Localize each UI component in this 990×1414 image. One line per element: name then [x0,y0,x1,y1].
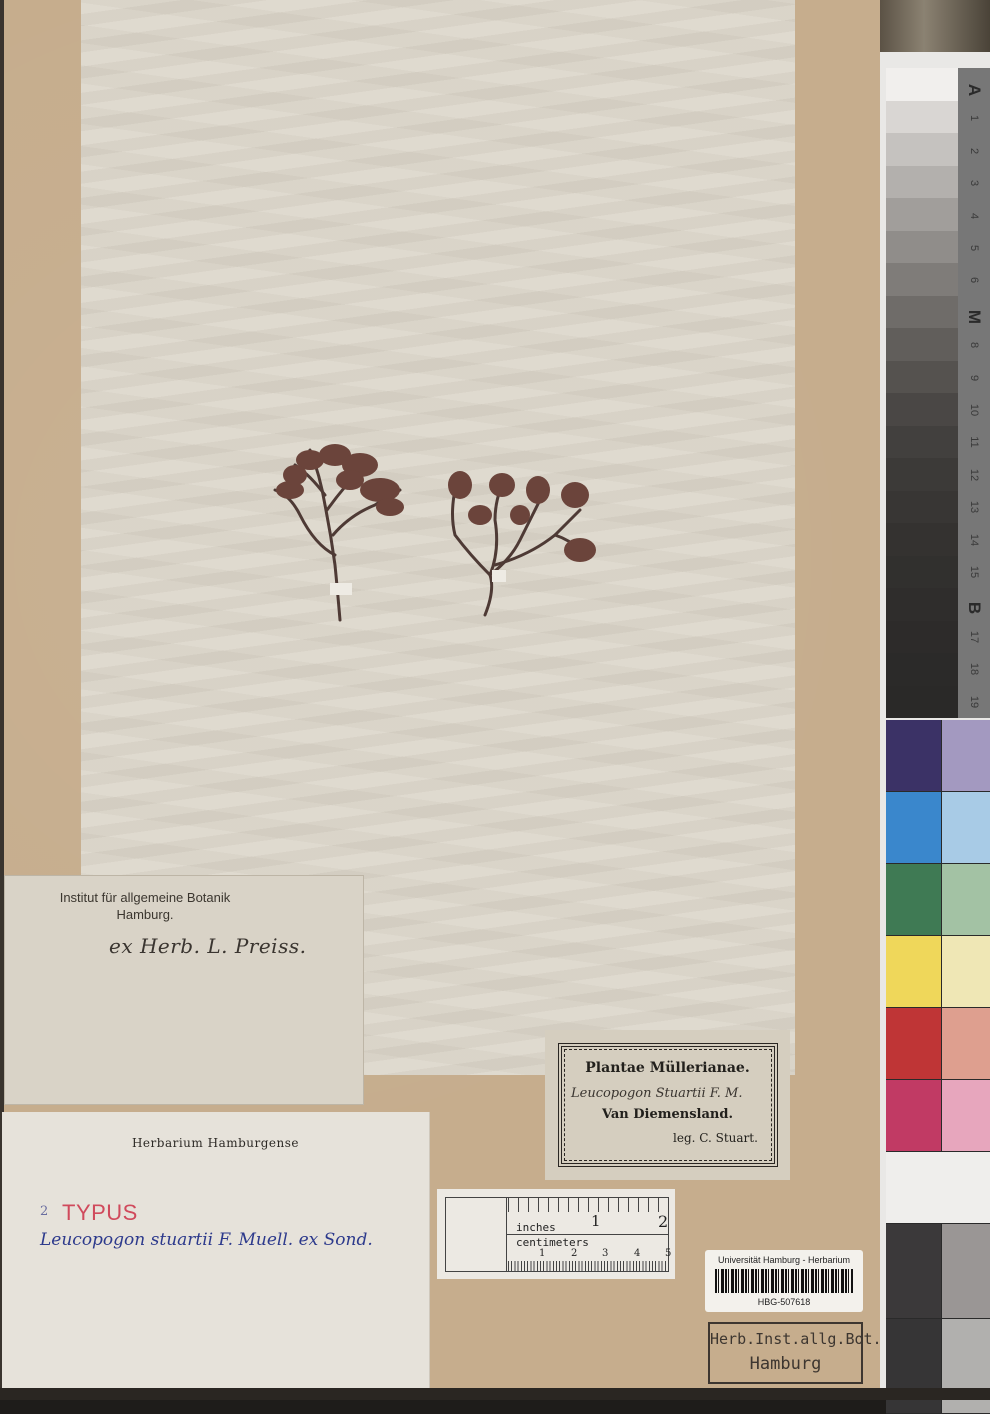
gray-step [886,68,958,101]
gray-scale-label: 8 [968,329,980,361]
inch-mark-1: 1 [591,1212,601,1230]
plant-specimen-right [440,460,600,625]
gray-scale-label: 19 [968,686,980,718]
herbarium-sheet: Institut für allgemeine Botanik Hamburg.… [0,0,990,1400]
gray-step [886,263,958,296]
label-heading: Plantae Müllerianae. [545,1060,790,1076]
gray-scale-label: 2 [968,135,980,167]
swatch-row-dark-gray [886,1224,990,1319]
cm-mark-5: 5 [665,1248,671,1259]
gray-scale-label: 17 [968,621,980,653]
gray-step [886,328,958,361]
cm-mark-4: 4 [634,1248,640,1259]
inch-mark-2: 2 [658,1212,668,1231]
swatch-row-blue [886,792,990,864]
gray-step [886,361,958,394]
gray-step [886,621,958,654]
mounting-strip [330,583,352,595]
swatch-row-red [886,1008,990,1080]
swatch-row-magenta [886,1080,990,1152]
barcode-icon [715,1269,853,1293]
gray-step [886,491,958,524]
inches-label: inches [516,1221,556,1234]
swatch-row-yellow [886,936,990,1008]
institute-city: Hamburg. [45,907,245,922]
gray-scale-label: 15 [968,556,980,588]
ruler-blank-area [446,1198,507,1271]
inch-ticks [508,1198,668,1212]
catalog-number: HBG-507618 [705,1297,863,1307]
barcode-institution: Universität Hamburg - Herbarium [705,1255,863,1265]
gray-step [886,101,958,134]
cm-mark-3: 3 [602,1248,608,1259]
type-number: 2 [40,1204,48,1219]
gray-scale-label: 5 [968,232,980,264]
swatch-row-white [886,1152,990,1224]
gray-step [886,296,958,329]
gray-scale-labels: A123456M89101112131415B171819 [958,68,990,718]
institute-label: Institut für allgemeine Botanik Hamburg.… [4,875,364,1105]
color-swatches [886,720,990,1400]
gray-scale-label: 1 [968,102,980,134]
gray-step [886,133,958,166]
cm-mark-1: 1 [539,1248,545,1259]
gray-scale-wedge [886,68,958,718]
plant-specimen-left [265,435,415,625]
gray-scale-label: 14 [968,524,980,556]
gray-step [886,231,958,264]
ruler-divider [507,1234,669,1235]
cm-mark-2: 2 [571,1248,577,1259]
gray-step [886,588,958,621]
gray-scale-label: 11 [968,426,980,458]
determination: Leucopogon stuartii F. Muell. ex Sond. [40,1230,373,1250]
gray-step [886,686,958,719]
swatch-row-green [886,864,990,936]
gray-step [886,556,958,589]
centimeters-label: centimeters [516,1236,589,1249]
gray-scale-label: B [964,592,984,624]
stamp-line-1: Herb.Inst.allg.Bot. [710,1330,861,1348]
cm-ticks [508,1261,668,1271]
collector: leg. C. Stuart. [673,1131,758,1145]
gray-scale-label: 9 [968,362,980,394]
label-heading: Herbarium Hamburgense [2,1136,429,1150]
handwritten-taxon: Leucopogon Stuartii F. M. [571,1086,742,1101]
handwritten-provenance: ex Herb. L. Preiss. [109,934,306,958]
scale-ruler: inches 1 2 centimeters 1 2 3 4 5 [437,1189,675,1279]
gray-scale-label: M [964,301,984,333]
gray-step [886,166,958,199]
typus-stamp: TYPUS [62,1200,138,1226]
locality: Van Diemensland. [545,1107,790,1122]
herbarium-hamburgense-label: Herbarium Hamburgense 2 TYPUS Leucopogon… [2,1112,430,1388]
gray-scale-label: 4 [968,200,980,232]
institute-name: Institut für allgemeine Botanik [45,890,245,905]
gray-scale-label: 3 [968,167,980,199]
gray-step [886,426,958,459]
gray-step [886,458,958,491]
scanner-edge [0,1388,990,1400]
gray-step [886,393,958,426]
gray-scale-label: 12 [968,459,980,491]
scan-shadow [880,0,990,52]
gray-step [886,523,958,556]
gray-scale-label: 10 [968,394,980,426]
swatch-row-blue-violet [886,720,990,792]
gray-scale-label: 6 [968,264,980,296]
barcode-label: Universität Hamburg - Herbarium HBG-5076… [705,1250,863,1312]
gray-step [886,653,958,686]
mounting-strip [492,570,506,582]
plantae-muellerianae-label: Plantae Müllerianae. Leucopogon Stuartii… [545,1030,790,1180]
gray-scale-label: 18 [968,653,980,685]
stamp-line-2: Hamburg [710,1354,861,1374]
institute-stamp: Herb.Inst.allg.Bot. Hamburg [708,1322,863,1384]
gray-step [886,198,958,231]
gray-scale-label: 13 [968,491,980,523]
color-calibration-chart: A123456M89101112131415B171819 [880,0,990,1390]
